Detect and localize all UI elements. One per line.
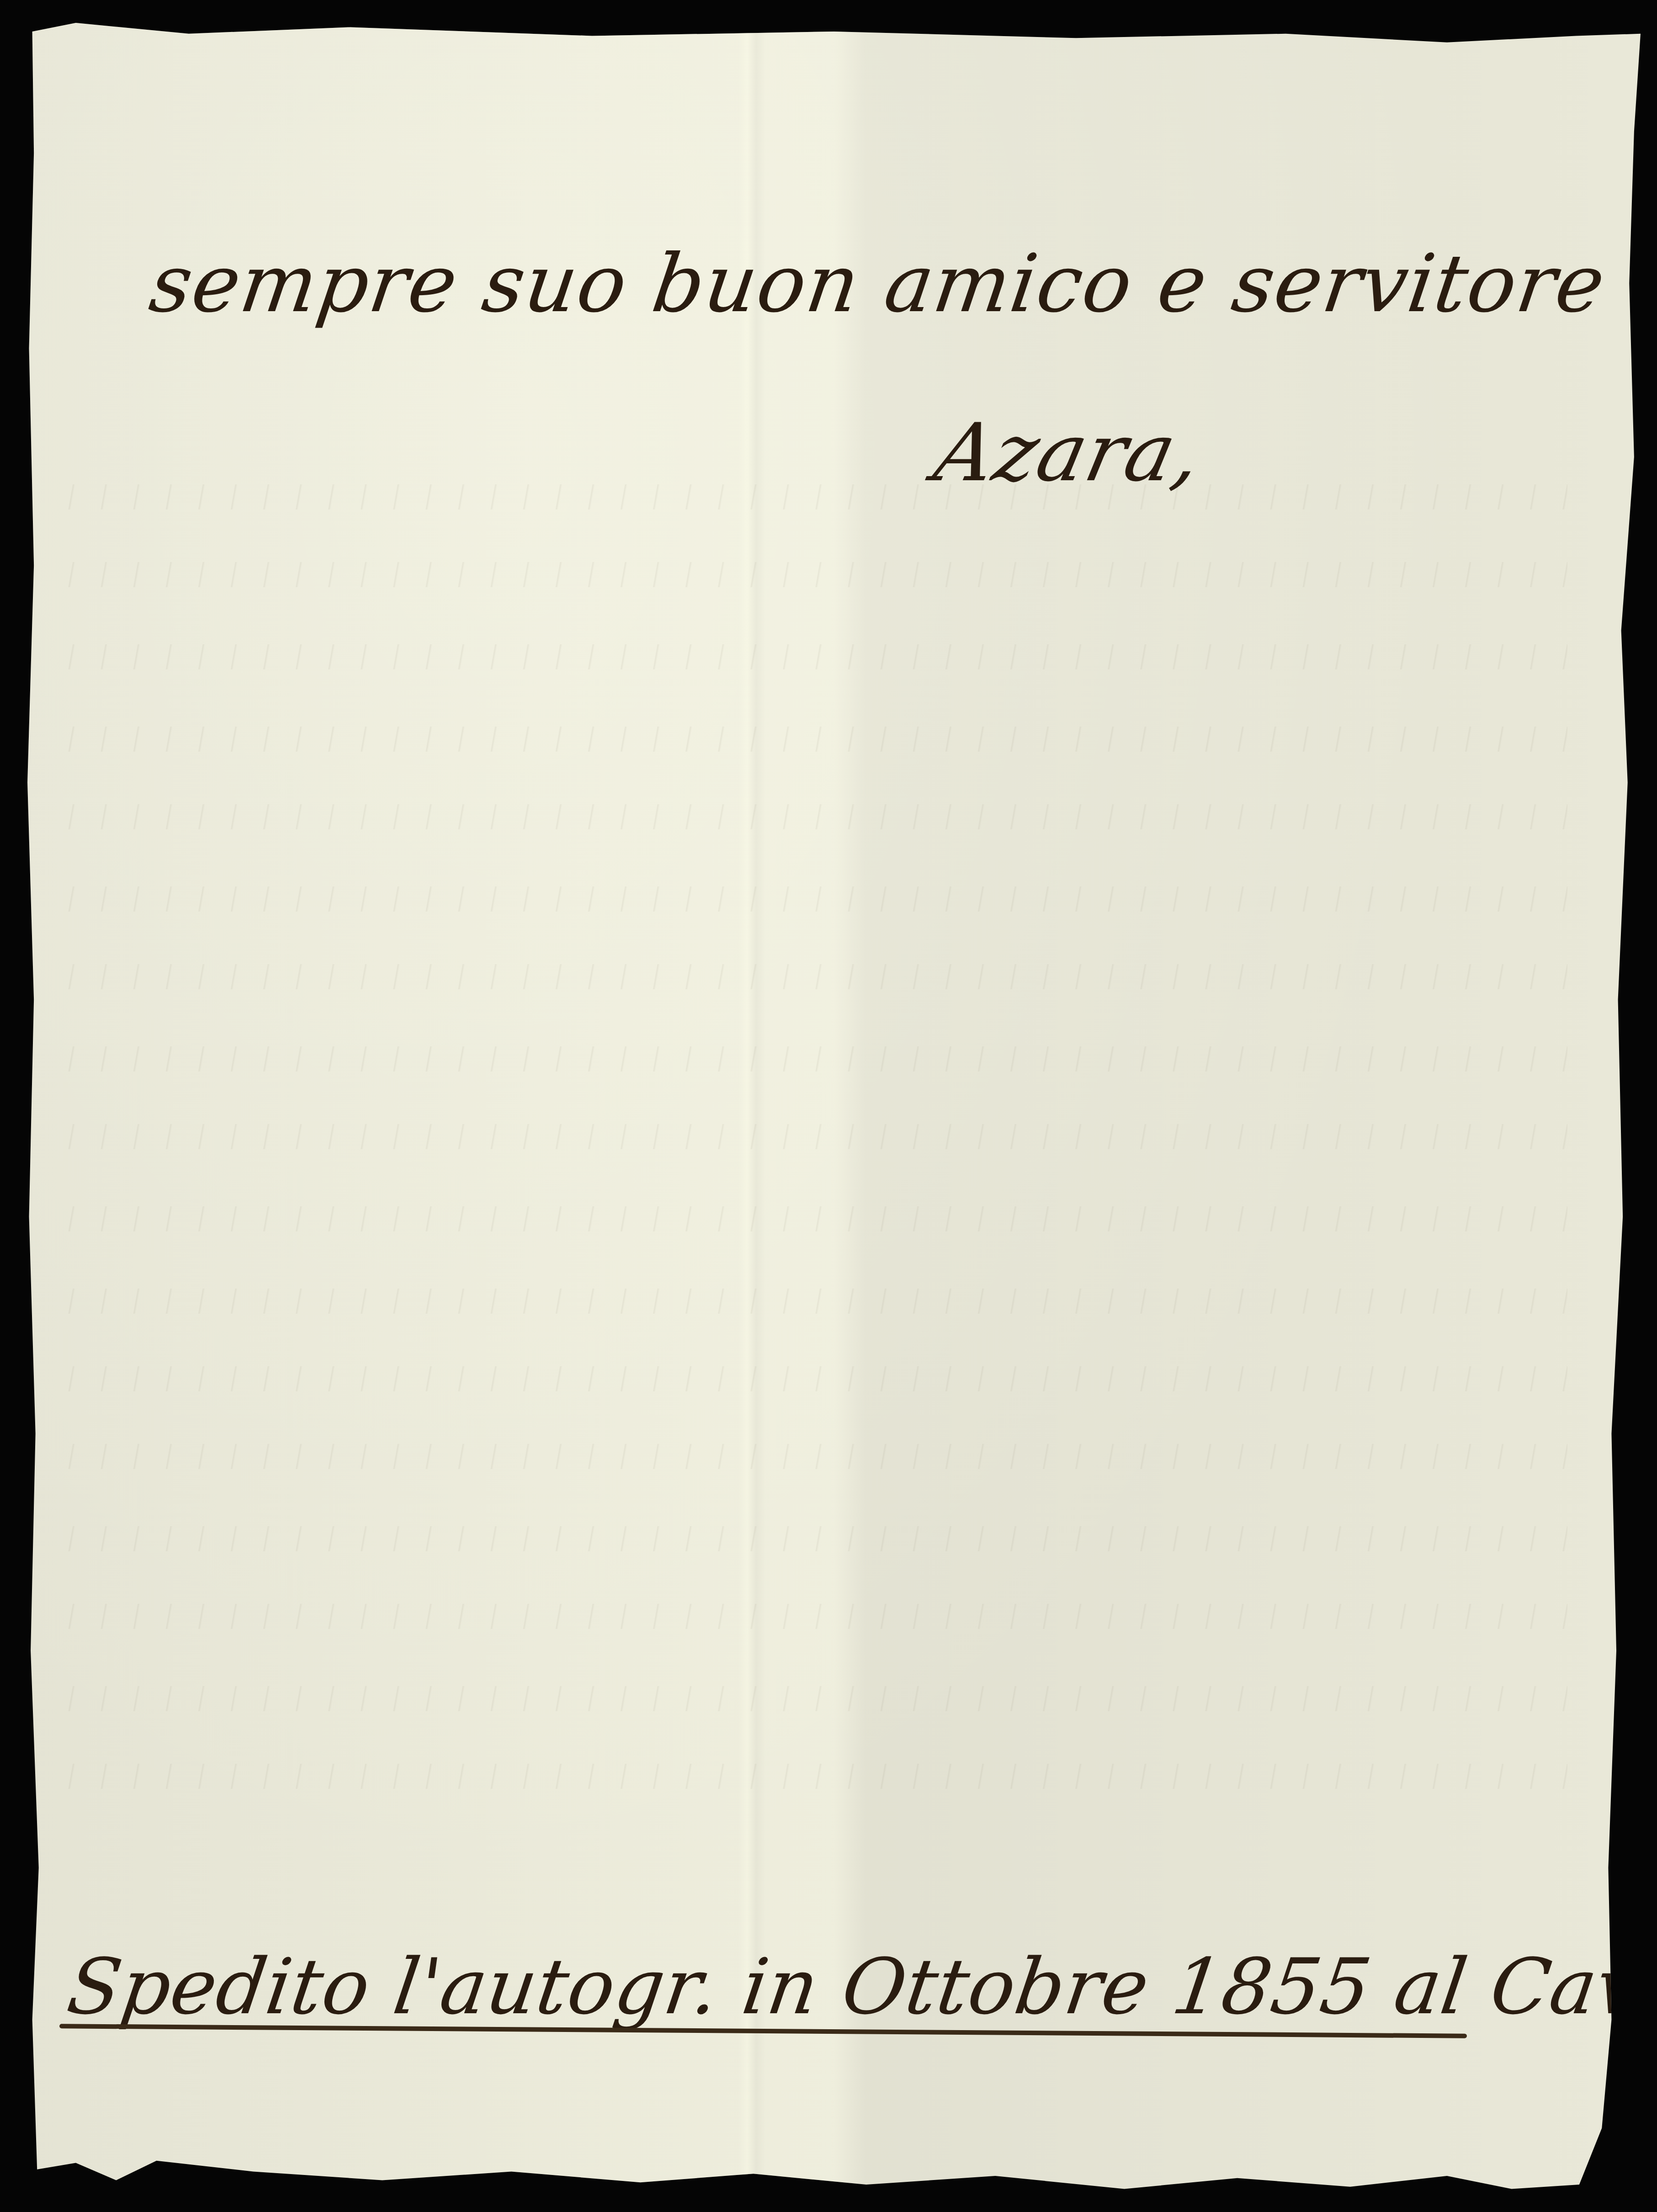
bleed-through-line (59, 644, 1567, 669)
bleed-through-line (59, 1124, 1567, 1149)
archival-note: Spedito l'autogr. in Ottobre 1855 al Cav… (62, 1942, 1657, 2032)
bleed-through-line (59, 484, 1567, 509)
bleed-through-line (59, 1526, 1567, 1551)
bleed-through-line (59, 1046, 1567, 1072)
bleed-through-line (59, 1289, 1567, 1314)
letter-page: sempre suo buon amico e servitore Azara,… (27, 23, 1641, 2193)
bleed-through-line (59, 1444, 1567, 1469)
bleed-through-line (59, 804, 1567, 829)
bleed-through-line (59, 886, 1567, 912)
bleed-through-line (59, 1206, 1567, 1231)
bleed-through-line (59, 964, 1567, 989)
bleed-through-line (59, 1764, 1567, 1789)
signature: Azara, (927, 407, 1211, 499)
bleed-through-line (59, 562, 1567, 587)
bleed-through-line (59, 1366, 1567, 1391)
closing-line: sempre suo buon amico e servitore (144, 238, 1611, 330)
bleed-through-line (59, 1604, 1567, 1629)
paper-fold-crease (738, 23, 765, 2193)
bleed-through-line (59, 1686, 1567, 1711)
bleed-through-line (59, 727, 1567, 752)
